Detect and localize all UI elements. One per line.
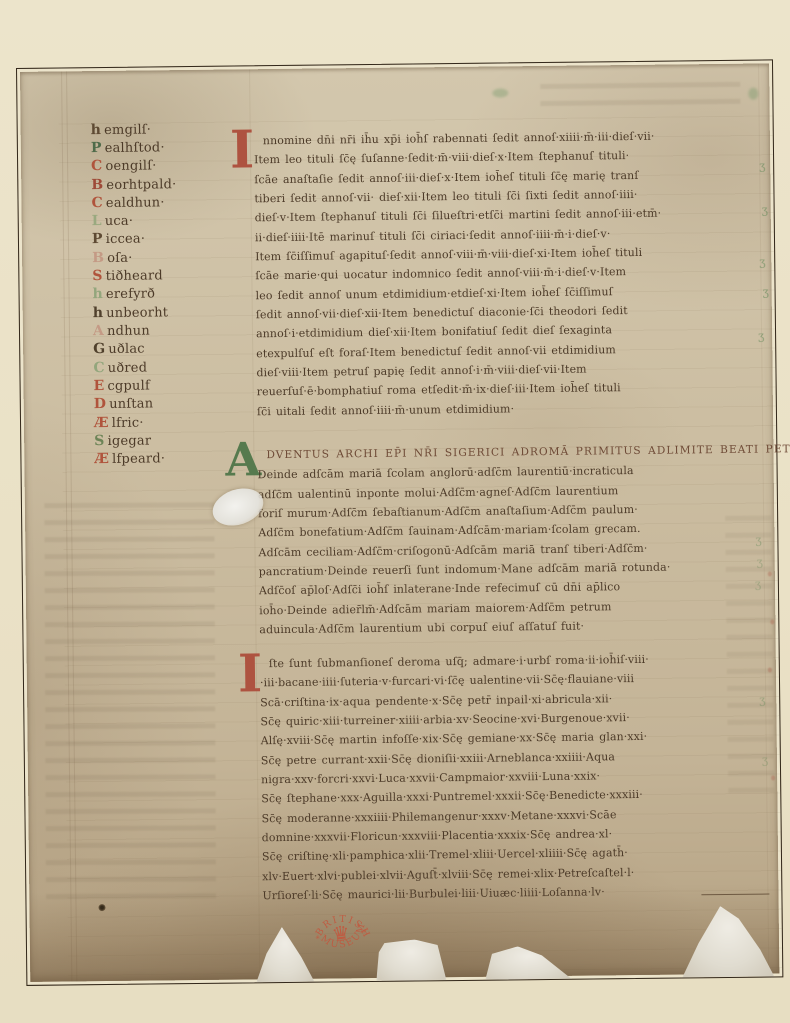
- name-initial: h: [91, 122, 102, 138]
- manuscript-frame: hemgilſ· Pealhſtod· Coengilſ· Beorhtpald…: [16, 59, 783, 986]
- paragraph-papal-list: nnomine dn̄i nr̄i ih̄u xp̄i ioh̄ſ rabenn…: [254, 125, 782, 421]
- margin-name-entry: Beorhtpald·: [91, 176, 176, 193]
- illuminated-initial-a: A: [225, 439, 261, 481]
- margin-name-entry: Stiðheard: [92, 267, 163, 284]
- margin-name-entry: Sigegar: [94, 432, 151, 449]
- name-text: uðred: [108, 361, 148, 376]
- name-text: oengilſ·: [105, 158, 156, 174]
- name-initial: C: [91, 158, 103, 174]
- margin-name-entry: Dunſtan: [94, 395, 154, 412]
- paragraph-sigeric-rome-visit: DVENTUS ARCHI EP̄I NR̄I SIGERICI ADROMĀ …: [257, 440, 784, 639]
- stamp-star-icon: ✳: [361, 928, 367, 936]
- name-initial: A: [93, 323, 104, 339]
- torn-patch: [376, 939, 446, 981]
- name-text: oſa·: [107, 251, 132, 266]
- margin-name-entry: Luca·: [92, 213, 134, 229]
- name-text: emgilſ·: [104, 122, 151, 138]
- margin-name-entry: Coengilſ·: [91, 157, 157, 174]
- name-initial: L: [92, 213, 102, 229]
- margin-name-entry: hemgilſ·: [91, 121, 152, 138]
- name-text: uðlac: [108, 342, 145, 357]
- margin-name-entry: Andhun: [93, 322, 150, 339]
- name-text: lfric·: [112, 416, 144, 431]
- name-initial: Æ: [94, 451, 109, 467]
- parchment-leaf: hemgilſ· Pealhſtod· Coengilſ· Beorhtpald…: [20, 63, 779, 981]
- name-text: lfpeard·: [112, 451, 165, 467]
- red-showthrough-dot: [770, 619, 774, 624]
- name-text: igegar: [107, 433, 151, 448]
- name-text: ealhſtod·: [105, 140, 165, 156]
- name-text: unſtan: [109, 396, 153, 411]
- margin-name-entry: Boſa·: [92, 250, 133, 266]
- name-initial: G: [93, 341, 105, 357]
- margin-name-entry: Cealdhun·: [91, 194, 164, 211]
- showthrough-text: [540, 70, 740, 112]
- margin-name-entry: Ælfpeard·: [94, 450, 165, 467]
- margin-name-entry: Guðlac: [93, 341, 145, 358]
- margin-name-entry: Piccea·: [92, 231, 145, 248]
- name-initial: P: [91, 140, 102, 156]
- name-initial: C: [93, 360, 105, 376]
- name-initial: P: [92, 231, 103, 247]
- name-initial: S: [92, 268, 102, 284]
- margin-name-entry: Ælfric·: [94, 415, 144, 432]
- margin-name-entry: Cuðred: [93, 360, 147, 377]
- name-initial: B: [92, 250, 104, 266]
- name-initial: E: [94, 378, 105, 394]
- red-showthrough-dot: [771, 775, 775, 780]
- red-showthrough-dot: [768, 667, 772, 672]
- name-initial: h: [93, 305, 104, 321]
- name-text: ndhun: [107, 323, 150, 338]
- name-initial: B: [91, 177, 103, 193]
- name-text: unbeorht: [106, 305, 168, 321]
- green-ink-smudge: [748, 88, 758, 100]
- margin-rule-line: [66, 71, 77, 981]
- name-text: uca·: [105, 214, 134, 229]
- margin-name-entry: Ecgpulf: [94, 378, 151, 395]
- red-showthrough-dot: [768, 571, 772, 576]
- stamp-star-icon: ✳: [315, 934, 321, 942]
- stamp-crown-icon: ♛: [330, 920, 351, 946]
- name-text: ealdhun·: [106, 195, 165, 211]
- paragraph-submansiones: ſte ſunt ſubmanſioneſ deroma uſq̄; admar…: [260, 648, 788, 905]
- name-text: eorhtpald·: [106, 177, 176, 193]
- green-ink-smudge: [492, 88, 508, 97]
- margin-name-entry: herefyrð: [92, 285, 155, 302]
- name-initial: h: [92, 286, 103, 302]
- name-text: cgpulf: [107, 379, 150, 394]
- manuscript-photo: { "stamp": { "top": "BRITISH", "bottom":…: [0, 0, 790, 1023]
- name-initial: D: [94, 396, 107, 412]
- name-text: erefyrð: [106, 286, 155, 302]
- name-initial: C: [91, 195, 103, 211]
- name-text: tiðheard: [106, 268, 163, 284]
- name-initial: S: [94, 433, 104, 449]
- name-text: iccea·: [106, 232, 146, 247]
- name-initial: Æ: [94, 415, 109, 431]
- british-museum-stamp: BRITISH MUSEUM ♛ ✳ ✳: [304, 896, 378, 970]
- margin-name-entry: Pealhſtod·: [91, 139, 165, 156]
- margin-name-entry: hunbeorht: [93, 304, 169, 321]
